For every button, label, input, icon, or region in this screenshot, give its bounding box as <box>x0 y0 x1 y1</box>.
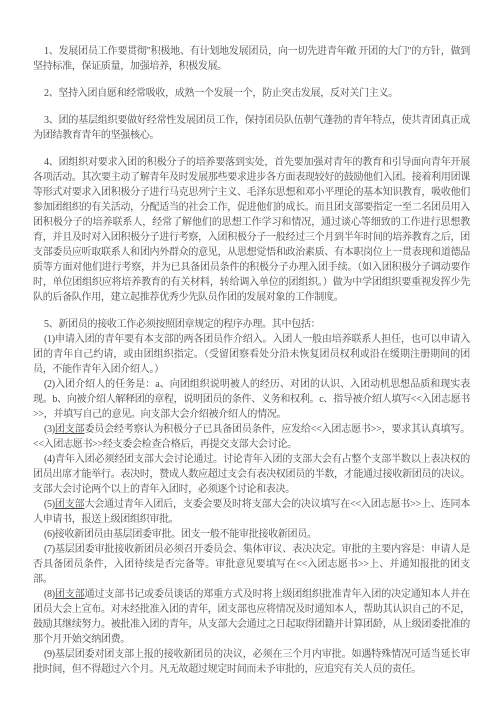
paragraph-6: (1)申请入团的青年要有本支部的两各团员作介绍入。入团人一般由培养联系人担任，也… <box>33 332 470 377</box>
paragraph-8: (3)团支部委员会经考察认为积极分子已具备团员条件，应发给<<入团志愿书>>，要… <box>33 422 470 452</box>
paragraph-3: 3、团的基层组织要做好经常性发展团员工作，保持团员队伍朝气蓬勃的青年特点，使共青… <box>33 113 470 143</box>
text-segment: 大会通过青年入团后，支委会要及时将支部大会的决议填写在<<入团志愿书>>上、连同… <box>33 499 470 525</box>
text-segment: (5) <box>44 499 55 510</box>
text-segment: (1)申请入团的青年要有本支部的两各团员作介绍入。入团人一般由培养联系人担任，也… <box>33 334 470 375</box>
paragraph-9: (4)青年入团必须经团支部大会讨论通过。讨论青年入团的支部大会有占整个支部半数以… <box>33 452 470 497</box>
text-segment: 4、团组织对要求入团的积极分子的培养要落到实处，首先要加强对青年的教育和引导面向… <box>33 157 470 303</box>
paragraph-7: (2)入团介绍人的任务是：a、向团组织说明被人的经历、对团的认识、入团动机思想品… <box>33 377 470 422</box>
text-segment: 通过支部书记或委员谈话的郑重方式及时将上级团组织批准青年入团的决定通知本人并在团… <box>33 589 470 645</box>
text-segment: (3) <box>44 424 55 435</box>
text-segment: 委员会经考察认为积极分子已具备团员条件，应发给<<入团志愿书>>，要求其认真填写… <box>33 424 470 450</box>
paragraph-11: (6)接收新团员由基层团委审批。团支一般不能审批接收新团员。 <box>33 527 470 542</box>
paragraph-10: (5)团支部大会通过青年入团后，支委会要及时将支部大会的决议填写在<<入团志愿书… <box>33 497 470 527</box>
paragraph-13: (8)团支部通过支部书记或委员谈话的郑重方式及时将上级团组织批准青年入团的决定通… <box>33 587 470 647</box>
underlined-term: 团支部 <box>55 424 85 435</box>
paragraph-1: 1、发展团员工作要贯彻"积极地、有计划地发展团员，向一切先进青年敞 开团的大门"… <box>33 44 470 74</box>
text-segment: (9)基层团委对团支部上报的接收新团员的决议，必须在三个月内审批。如遇特殊情况可… <box>33 649 470 675</box>
paragraph-14: (9)基层团委对团支部上报的接收新团员的决议，必须在三个月内审批。如遇特殊情况可… <box>33 647 470 677</box>
text-segment: 3、团的基层组织要做好经常性发展团员工作，保持团员队伍朝气蓬勃的青年特点，使共青… <box>33 115 470 141</box>
text-segment: 5、新团员的接收工作必须按照团章规定的程序办理。其中包括： <box>44 319 320 330</box>
paragraph-2: 2、坚持入团自愿和经常吸收，成熟一个发展一个，防止突击发展，反对关门主义。 <box>33 86 470 101</box>
paragraph-4: 4、团组织对要求入团的积极分子的培养要落到实处，首先要加强对青年的教育和引导面向… <box>33 155 470 305</box>
text-segment: (6)接收新团员由基层团委审批。团支一般不能审批接收新团员。 <box>44 529 317 540</box>
text-segment: (7)基层团委审批接收新团员必须召开委员会、集体审议、表决决定。审批的主要内容是… <box>33 544 470 585</box>
text-segment: (2)入团介绍人的任务是：a、向团组织说明被人的经历、对团的认识、入团动机思想品… <box>33 379 470 420</box>
text-segment: (4)青年入团必须经团支部大会讨论通过。讨论青年入团的支部大会有占整个支部半数以… <box>33 454 470 495</box>
paragraph-5: 5、新团员的接收工作必须按照团章规定的程序办理。其中包括： <box>33 317 470 332</box>
paragraph-12: (7)基层团委审批接收新团员必须召开委员会、集体审议、表决决定。审批的主要内容是… <box>33 542 470 587</box>
text-segment: (8) <box>44 589 55 600</box>
document-body: 1、发展团员工作要贯彻"积极地、有计划地发展团员，向一切先进青年敞 开团的大门"… <box>33 44 470 677</box>
underlined-term: 团支部 <box>55 499 85 510</box>
text-segment: 2、坚持入团自愿和经常吸收，成熟一个发展一个，防止突击发展，反对关门主义。 <box>44 88 398 99</box>
underlined-term: 团支部 <box>55 589 85 600</box>
document-page: 1、发展团员工作要贯彻"积极地、有计划地发展团员，向一切先进青年敞 开团的大门"… <box>0 0 496 702</box>
text-segment: 1、发展团员工作要贯彻"积极地、有计划地发展团员，向一切先进青年敞 开团的大门"… <box>33 46 470 72</box>
